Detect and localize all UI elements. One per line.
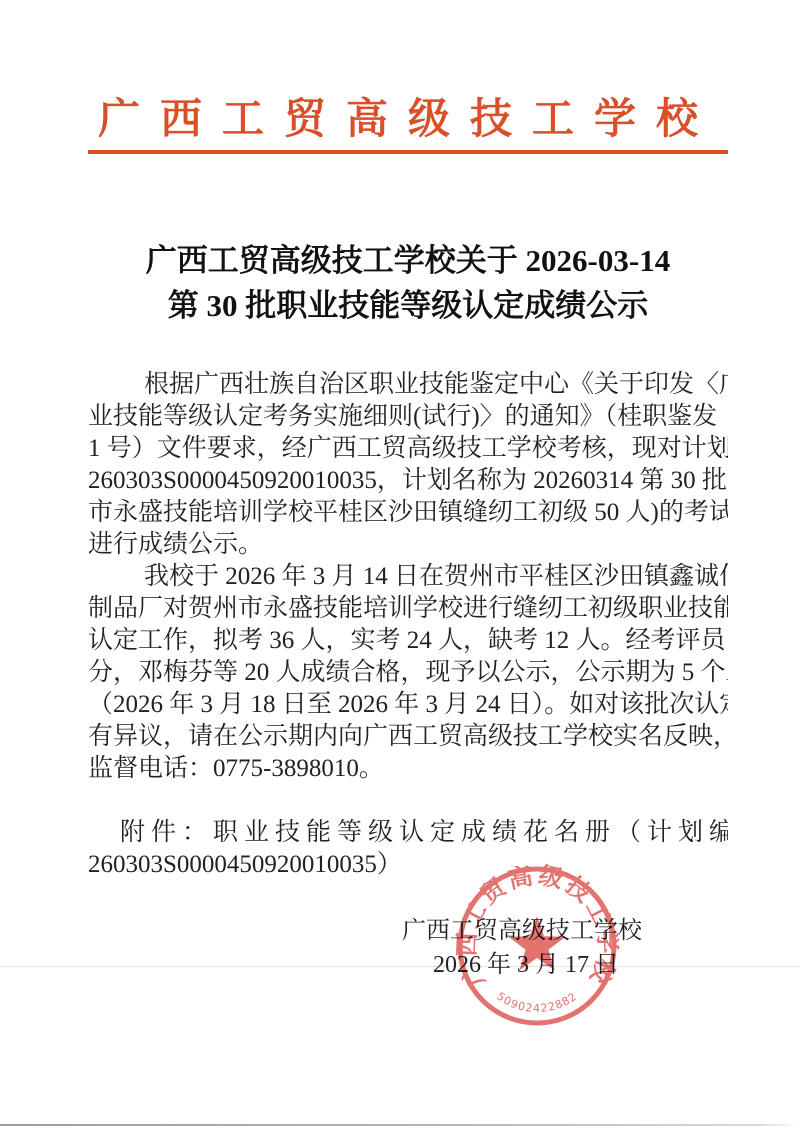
paragraph1-line: 根据广西壮族自治区职业技能鉴定中心《关于印发〈广西职 <box>88 369 728 401</box>
paragraph2-line: 认定工作，拟考 36 人，实考 24 人，缺考 12 人。经考评员阅卷评 <box>88 625 728 657</box>
paragraph1-line: 业技能等级认定考务实施细则(试行)〉的通知》（桂职鉴发〔2021〕 <box>88 401 728 433</box>
official-seal-stamp: 广西工贸高级技工学校 4509024228828 <box>437 846 637 1046</box>
document-body: 根据广西壮族自治区职业技能鉴定中心《关于印发〈广西职 业技能等级认定考务实施细则… <box>88 369 728 785</box>
paragraph1-line: 进行成绩公示。 <box>88 529 728 561</box>
paragraph1-line: 市永盛技能培训学校平桂区沙田镇缝纫工初级 50 人)的考试批次 <box>88 497 728 529</box>
paragraph2-line: 监督电话：0775-3898010。 <box>88 753 728 785</box>
letterhead-school-name: 广西工贸高级技工学校 <box>88 98 728 142</box>
paragraph2-line: （2026 年 3 月 18 日至 2026 年 3 月 24 日）。如对该批次… <box>88 689 728 721</box>
document-title-line2: 第 30 批职业技能等级认定成绩公示 <box>88 283 728 328</box>
paragraph2-line: 我校于 2026 年 3 月 14 日在贺州市平桂区沙田镇鑫诚亿皮革 <box>88 561 728 593</box>
paragraph2-line: 有异议，请在公示期内向广西工贸高级技工学校实名反映，投诉 <box>88 721 728 753</box>
document-title-line1: 广西工贸高级技工学校关于 2026-03-14 <box>88 238 728 283</box>
paragraph1-line: 260303S0000450920010035，计划名称为 20260314 第… <box>88 465 728 497</box>
letterhead-divider-rule <box>88 150 728 154</box>
scan-bottom-edge <box>0 1124 800 1126</box>
document-page: 广西工贸高级技工学校 广西工贸高级技工学校关于 2026-03-14 第 30 … <box>0 0 800 1132</box>
seal-star-icon <box>509 916 566 970</box>
paragraph1-line: 1 号）文件要求，经广西工贸高级技工学校考核，现对计划编号为： <box>88 433 728 465</box>
document-title: 广西工贸高级技工学校关于 2026-03-14 第 30 批职业技能等级认定成绩… <box>88 238 728 328</box>
paragraph2-line: 制品厂对贺州市永盛技能培训学校进行缝纫工初级职业技能等级 <box>88 593 728 625</box>
paragraph2-line: 分，邓梅芬等 20 人成绩合格，现予以公示，公示期为 5 个工作日 <box>88 657 728 689</box>
attachment-line: 附件：职业技能等级认定成绩花名册（计划编号： <box>88 817 728 849</box>
